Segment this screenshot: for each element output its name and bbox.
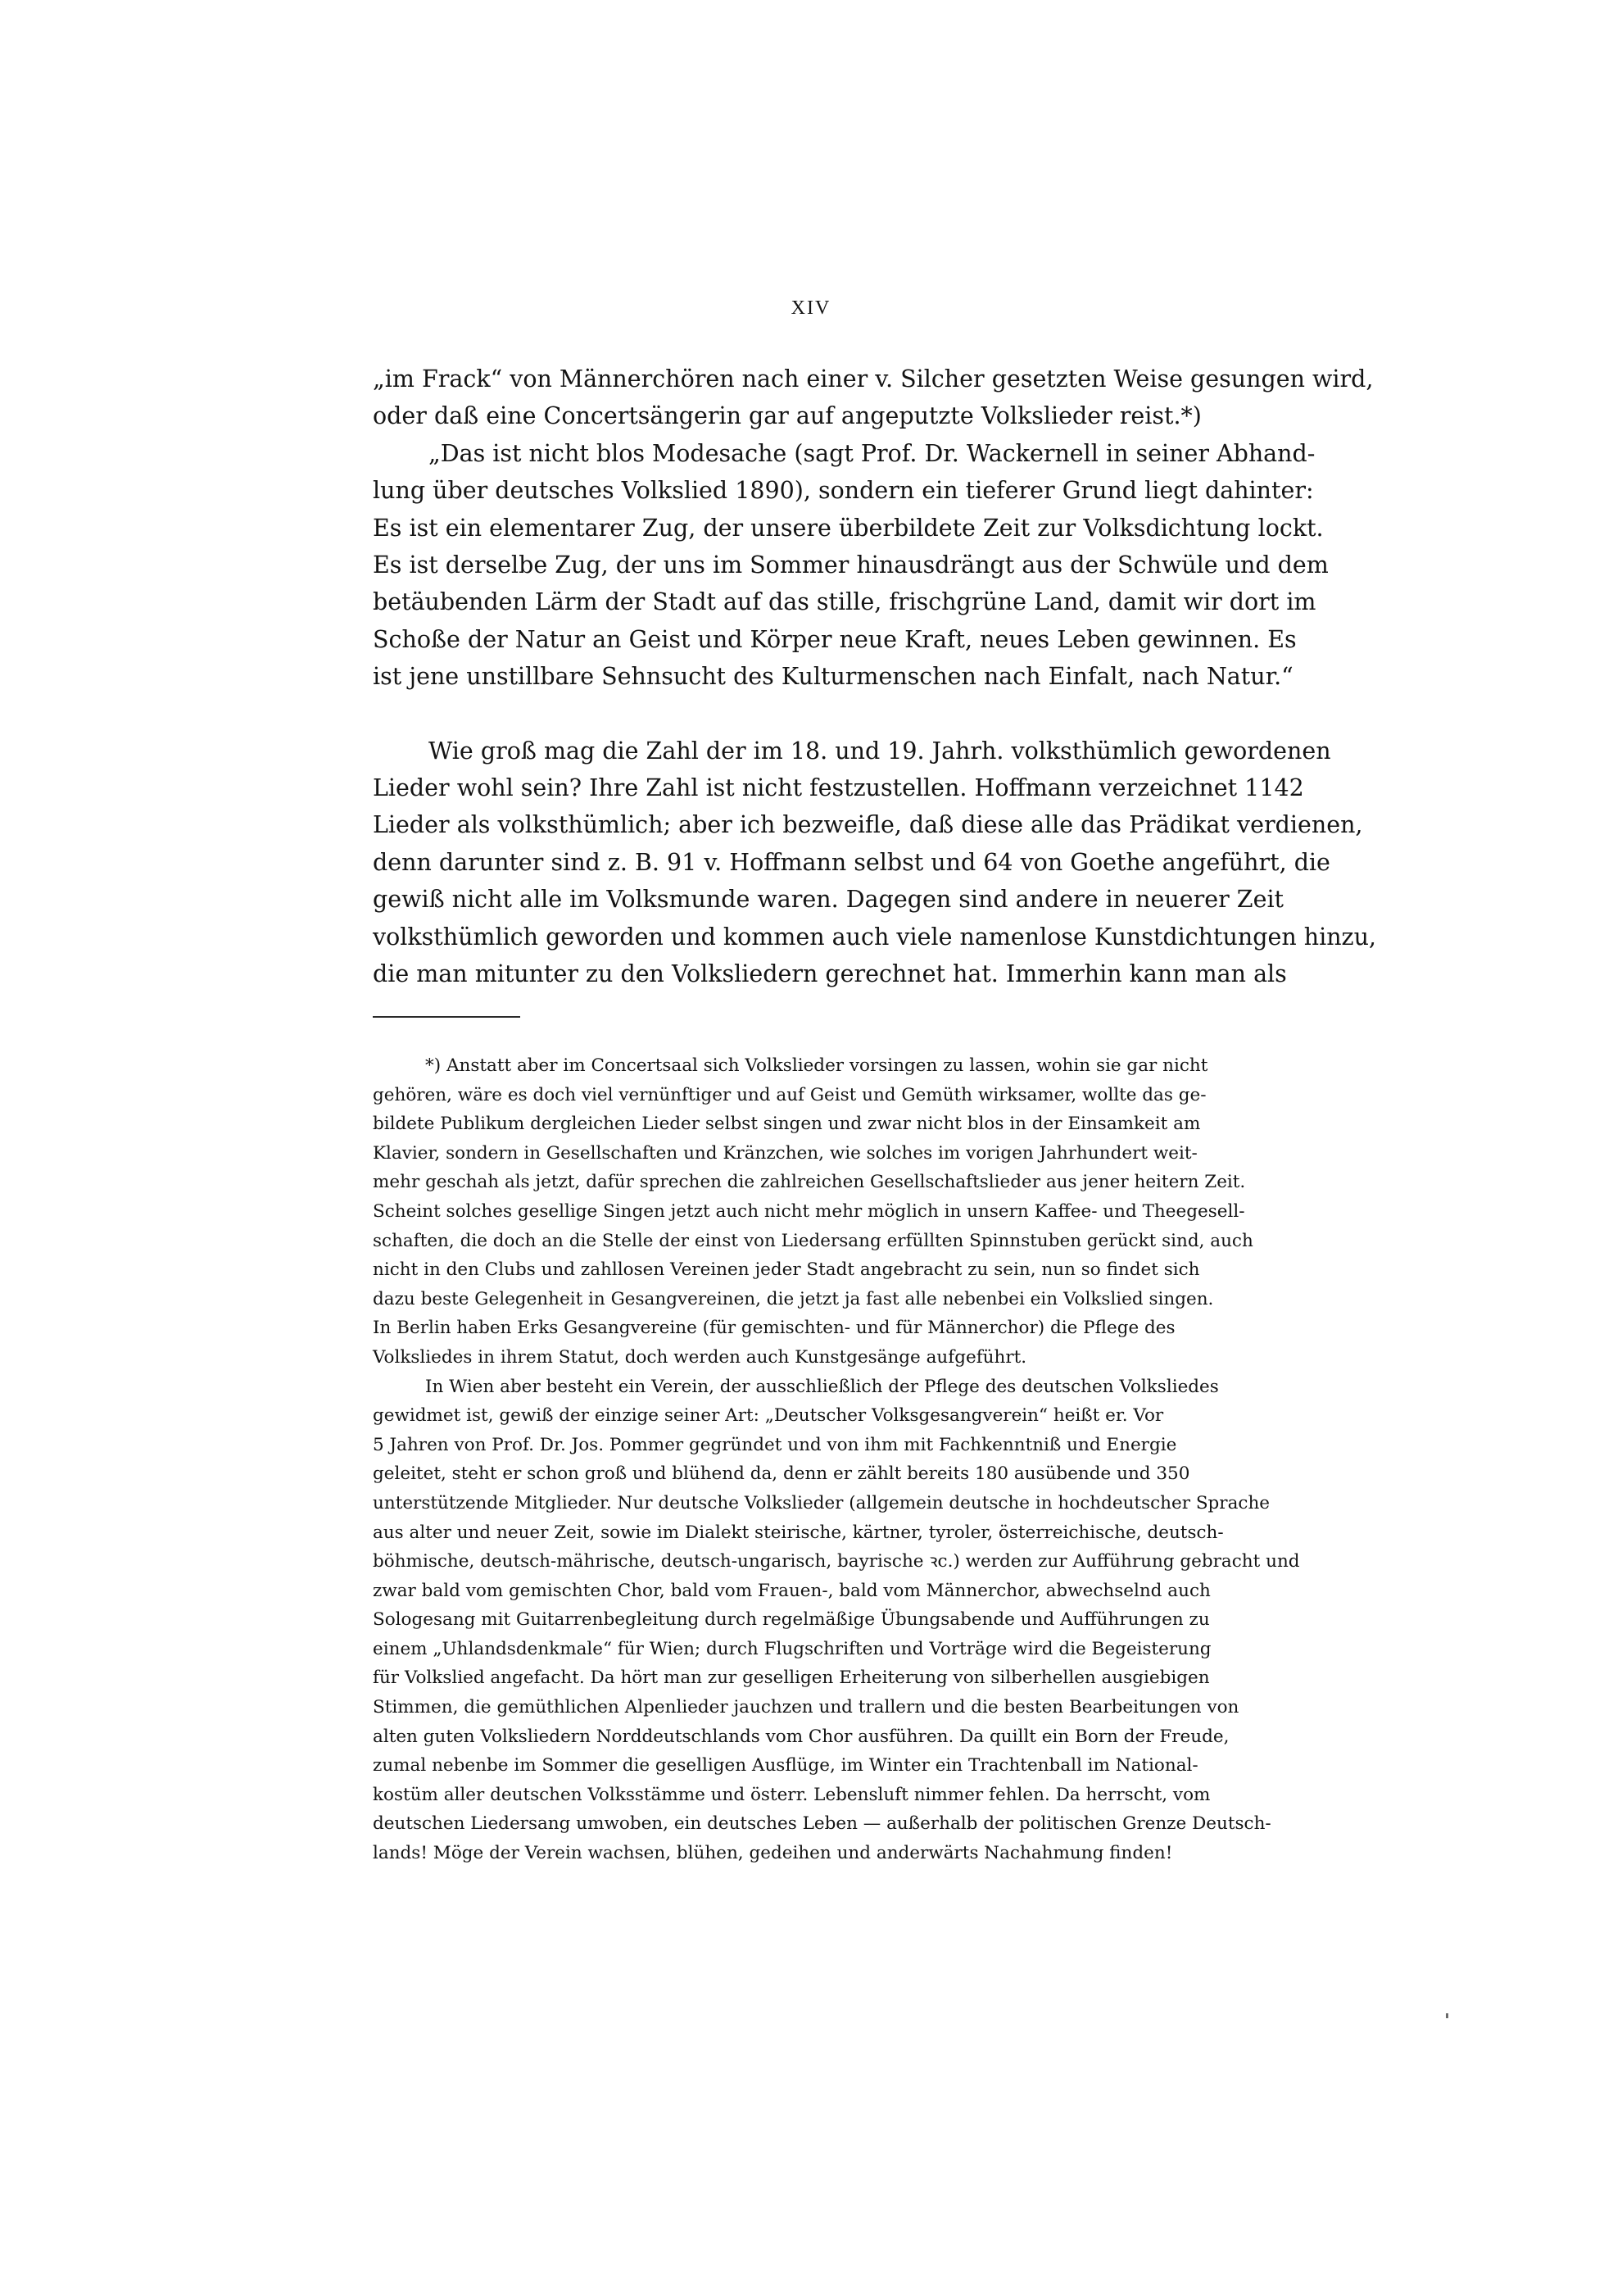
footnote-line: Scheint solches gesellige Singen jetzt a… bbox=[373, 1197, 1315, 1227]
footnote-line: einem „Uhlandsdenkmale“ für Wien; durch … bbox=[373, 1635, 1315, 1664]
paragraph-quotation: „Das ist nicht blos Modesache (sagt Prof… bbox=[373, 435, 1315, 696]
footnote-line: zwar bald vom gemischten Chor, bald vom … bbox=[373, 1577, 1315, 1606]
text-line: volksthümlich geworden und kommen auch v… bbox=[373, 919, 1315, 955]
text-line: Schoße der Natur an Geist und Körper neu… bbox=[373, 621, 1315, 658]
text-line: Lieder als volksthümlich; aber ich bezwe… bbox=[373, 806, 1315, 843]
text-line: Es ist ein elementarer Zug, der unsere ü… bbox=[373, 510, 1315, 547]
footnote-line: nicht in den Clubs und zahllosen Vereine… bbox=[373, 1255, 1315, 1285]
text-line: „im Frack“ von Männerchören nach einer v… bbox=[373, 361, 1315, 397]
paragraph-body: Wie groß mag die Zahl der im 18. und 19.… bbox=[373, 733, 1315, 993]
footnote-line: bildete Publikum dergleichen Lieder selb… bbox=[373, 1109, 1315, 1139]
footnote-line: zumal nebenbe im Sommer die geselligen A… bbox=[373, 1751, 1315, 1781]
footnote-line: mehr geschah als jetzt, dafür sprechen d… bbox=[373, 1168, 1315, 1197]
footnote-line: deutschen Liedersang umwoben, ein deutsc… bbox=[373, 1809, 1315, 1839]
footnote-line: In Berlin haben Erks Gesangvereine (für … bbox=[373, 1314, 1315, 1343]
text-line: ist jene unstillbare Sehnsucht des Kultu… bbox=[373, 658, 1315, 695]
footnote-line: unterstützende Mitglieder. Nur deutsche … bbox=[373, 1489, 1315, 1518]
text-line: Lieder wohl sein? Ihre Zahl ist nicht fe… bbox=[373, 769, 1315, 806]
footnote-line: 5 Jahren von Prof. Dr. Jos. Pommer gegrü… bbox=[373, 1431, 1315, 1460]
scan-speck-mark bbox=[1446, 2013, 1448, 2018]
footnote-line: Stimmen, die gemüthlichen Alpenlieder ja… bbox=[373, 1693, 1315, 1722]
footnote-line: kostüm aller deutschen Volksstämme und ö… bbox=[373, 1781, 1315, 1810]
footnote-line: dazu beste Gelegenheit in Gesangvereinen… bbox=[373, 1285, 1315, 1314]
text-line: denn darunter sind z. B. 91 v. Hoffmann … bbox=[373, 844, 1315, 881]
footnote-line: aus alter und neuer Zeit, sowie im Diale… bbox=[373, 1518, 1315, 1548]
text-line: „Das ist nicht blos Modesache (sagt Prof… bbox=[373, 435, 1315, 472]
footnote-line: Klavier, sondern in Gesellschaften und K… bbox=[373, 1139, 1315, 1168]
footnote-line: für Volkslied angefacht. Da hört man zur… bbox=[373, 1663, 1315, 1693]
paragraph-spacer bbox=[373, 696, 1315, 733]
text-line: lung über deutsches Volkslied 1890), son… bbox=[373, 472, 1315, 509]
paragraph-continuation: „im Frack“ von Männerchören nach einer v… bbox=[373, 361, 1315, 435]
footnote-line: böhmische, deutsch-mährische, deutsch-un… bbox=[373, 1547, 1315, 1577]
text-line: gewiß nicht alle im Volksmunde waren. Da… bbox=[373, 881, 1315, 918]
footnote-line: In Wien aber besteht ein Verein, der aus… bbox=[373, 1373, 1315, 1402]
footnote-line: alten guten Volksliedern Norddeutschland… bbox=[373, 1722, 1315, 1752]
footnote-line: *) Anstatt aber im Concertsaal sich Volk… bbox=[373, 1051, 1315, 1081]
footnote-line: Sologesang mit Guitarrenbegleitung durch… bbox=[373, 1605, 1315, 1635]
footnote-line: geleitet, steht er schon groß und blühen… bbox=[373, 1459, 1315, 1489]
text-line: betäubenden Lärm der Stadt auf das still… bbox=[373, 583, 1315, 620]
text-line: Es ist derselbe Zug, der uns im Sommer h… bbox=[373, 547, 1315, 583]
footnote-line: lands! Möge der Verein wachsen, blühen, … bbox=[373, 1839, 1315, 1868]
main-body-text: „im Frack“ von Männerchören nach einer v… bbox=[373, 361, 1315, 993]
footnote-paragraph: *) Anstatt aber im Concertsaal sich Volk… bbox=[373, 1051, 1315, 1373]
footnote-block: *) Anstatt aber im Concertsaal sich Volk… bbox=[373, 1051, 1315, 1868]
footnote-line: Volksliedes in ihrem Statut, doch werden… bbox=[373, 1343, 1315, 1373]
footnote-paragraph: In Wien aber besteht ein Verein, der aus… bbox=[373, 1373, 1315, 1868]
text-line: Wie groß mag die Zahl der im 18. und 19.… bbox=[373, 733, 1315, 769]
footnote-line: gehören, wäre es doch viel vernünftiger … bbox=[373, 1081, 1315, 1110]
page-number: XIV bbox=[0, 297, 1622, 320]
footnote-line: schaften, die doch an die Stelle der ein… bbox=[373, 1227, 1315, 1256]
footnote-line: gewidmet ist, gewiß der einzige seiner A… bbox=[373, 1401, 1315, 1431]
text-line: oder daß eine Concertsängerin gar auf an… bbox=[373, 397, 1315, 434]
text-line: die man mitunter zu den Volksliedern ger… bbox=[373, 955, 1315, 992]
footnote-divider bbox=[373, 1016, 520, 1018]
